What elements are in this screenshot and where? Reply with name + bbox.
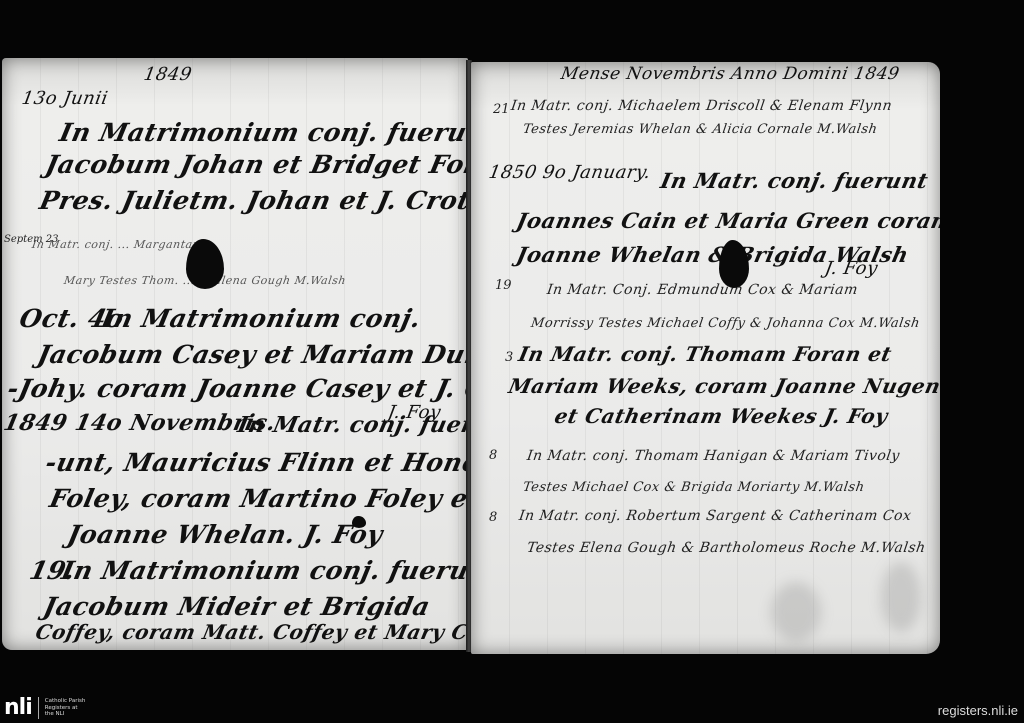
entry-line: In Matr. conj. Thomam Hanigan & Mariam T…	[526, 448, 901, 464]
margin-day: 21	[493, 102, 510, 117]
nli-logo-mark: nli	[4, 697, 39, 719]
margin-day: 8	[489, 510, 497, 525]
entry-line: In Matr. conj. Michaelem Driscoll & Elen…	[510, 98, 893, 114]
entry-line: In Matrimonium conj.	[99, 304, 424, 333]
entry-line: Jacobum Johan et Bridget Foley	[43, 150, 468, 179]
paper-stain	[881, 562, 921, 632]
margin-day: 3	[505, 350, 513, 365]
entry-line: In Matr. conj. fuerunt	[658, 168, 930, 193]
site-url: registers.nli.ie	[938, 703, 1018, 718]
entry-line: In Matr. conj. ... Margantam	[31, 238, 204, 251]
margin-day: 8	[489, 448, 497, 463]
entry-line: Testes Elena Gough & Bartholomeus Roche …	[526, 540, 927, 556]
margin-day: 19	[495, 278, 512, 293]
left-page: 1849 13o Junii In Matrimonium conj. fuer…	[2, 58, 468, 650]
entry-line: In Matr. conj. fuer-	[235, 412, 468, 438]
entry-line: Joanne Whelan. J. Foy	[65, 520, 386, 549]
nli-logo-text: Catholic Parish Registers at the NLI	[45, 698, 86, 718]
entry-line: Mariam Weeks, coram Joanne Nugent	[506, 374, 940, 398]
entry-line: In Matr. Conj. Edmundum Cox & Mariam	[546, 282, 859, 298]
ink-blot	[186, 239, 224, 289]
paper-stain	[771, 582, 821, 642]
ink-blot	[352, 516, 366, 528]
entry-date: 1850 9o January.	[487, 162, 652, 183]
right-page: Mense Novembris Anno Domini 1849 21 In M…	[471, 62, 940, 654]
entry-line: -unt, Mauricius Flinn et Honora	[43, 448, 468, 477]
entry-signature: J. Foy	[823, 258, 879, 279]
entry-line: In Matr. conj. Robertum Sargent & Cather…	[518, 508, 913, 524]
nli-logo: nli Catholic Parish Registers at the NLI	[4, 697, 85, 719]
logo-line-3: the NLI	[45, 711, 86, 718]
entry-line: Joannes Cain et Maria Green coram	[514, 208, 940, 233]
entry-line: In Matr. conj. Thomam Foran et	[516, 342, 894, 366]
left-header-year: 1849	[142, 64, 194, 85]
entry-line: Testes Jeremias Whelan & Alicia Cornale …	[522, 122, 878, 137]
entry-line: In Matrimonium conj. fuerunt	[59, 556, 468, 585]
entry-line: -Johy. coram Joanne Casey et J. Casey	[5, 374, 468, 403]
entry-line: et Catherinam Weekes J. Foy	[552, 404, 890, 428]
entry-line: Jacobum Casey et Mariam Dun-	[35, 340, 468, 369]
register-image-viewer: 1849 13o Junii In Matrimonium conj. fuer…	[0, 0, 1024, 723]
logo-line-1: Catholic Parish	[45, 698, 86, 705]
entry-line: Morrissy Testes Michael Coffy & Johanna …	[530, 316, 921, 331]
entry-line: Foley, coram Martino Foley et	[47, 484, 468, 513]
entry-line: Jacobum Mideir et Brigida	[41, 592, 433, 621]
entry-line: Pres. Julietm. Johan et J. Crotty J. Foy	[37, 186, 468, 215]
entry-line: In Matrimonium conj. fuerunt	[57, 118, 468, 147]
entry-date: 13o Junii	[20, 88, 110, 109]
entry-line: Coffey, coram Matt. Coffey et Mary Coffe…	[33, 620, 468, 644]
entry-line: Testes Michael Cox & Brigida Moriarty M.…	[522, 480, 866, 495]
right-header: Mense Novembris Anno Domini 1849	[559, 64, 901, 84]
